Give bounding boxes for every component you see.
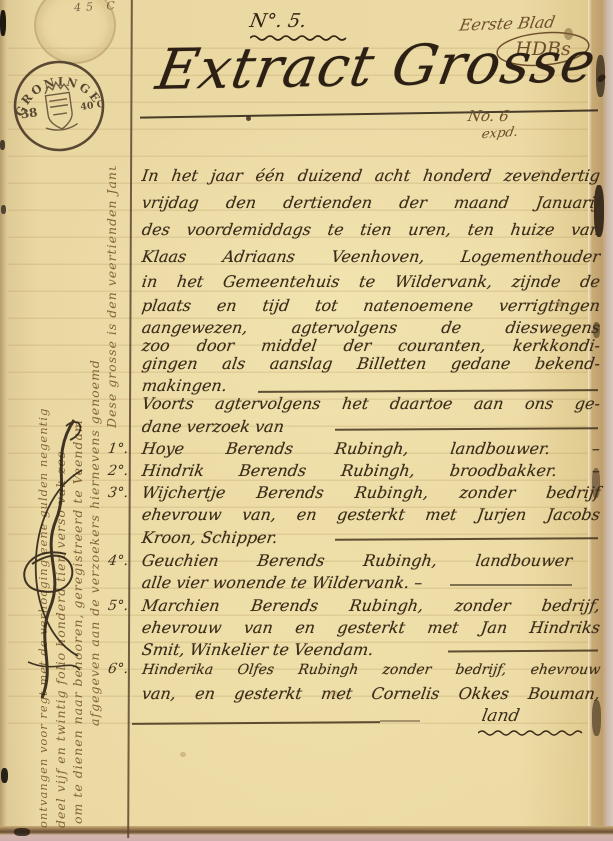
emboss-value-mark: 45 C: [74, 0, 121, 14]
body-line: Hindrik Berends Rubingh, broodbakker. –: [140, 461, 601, 485]
bottom-page-edge: [0, 826, 613, 841]
page-title: Extract Grosse.: [152, 30, 613, 103]
dash-filler: [450, 584, 572, 586]
ref-note: expd.: [480, 125, 519, 142]
binding-mark: [0, 10, 6, 36]
bottom-edge-mark: [14, 828, 30, 836]
stamp-left-value: 38: [20, 105, 38, 121]
body-line: van, en gesterkt met Cornelis Okkes Boum…: [140, 684, 601, 708]
body-line: Voorts agtervolgens het daartoe aan ons …: [140, 394, 601, 418]
margin-note-line: Dese grosse is den veertienden Januarij …: [104, 166, 119, 428]
closing-rule-faint: [380, 720, 420, 722]
body-line: Geuchien Berends Rubingh, landbouwer: [140, 551, 573, 575]
body-line: ehevrouw van en gesterkt met Jan Hindrik…: [140, 618, 601, 642]
binding-mark: [1, 205, 6, 214]
body-line: Hoye Berends Rubingh, landbouwer. –: [140, 439, 601, 463]
closing-rule: [132, 721, 380, 725]
item-number: 4°.: [107, 553, 135, 569]
body-line: ehevrouw van, en gesterkt met Jurjen Jac…: [140, 505, 601, 529]
scanned-document-page: 45 C GRONINGEN 38 40 C N°. 5. Eerste Bla…: [0, 0, 613, 841]
body-line: des voordemiddags te tien uren, ten huiz…: [140, 220, 601, 244]
margin-rule-line: [127, 0, 133, 838]
body-line: vrijdag den dertienden der maand Januari…: [140, 193, 601, 217]
ref-number: No. 6: [466, 107, 510, 125]
body-line: Hinderika Olfes Rubingh zonder bedrijf, …: [140, 662, 601, 686]
body-line: In het jaar één duizend acht honderd zev…: [140, 166, 601, 190]
item-number: 6°.: [107, 661, 135, 677]
revenue-stamp: GRONINGEN 38 40 C: [2, 49, 117, 162]
fox-stain: [180, 752, 186, 757]
catchword: land: [480, 706, 521, 726]
binding-mark: [1, 768, 8, 783]
doc-number: N°. 5.: [248, 10, 308, 32]
notary-signature-paraph: [10, 412, 94, 712]
body-line: gingen als aanslag Billetten gedane beke…: [140, 354, 601, 378]
body-line: Klaas Adriaans Veenhoven, Logementhouder: [140, 247, 601, 271]
binding-edge: [0, 0, 7, 841]
binding-mark: [0, 140, 5, 150]
body-line: Wijchertje Berends Rubingh, zonder bedri…: [140, 483, 601, 507]
body-line: Marchien Berends Rubingh, zonder bedrijf…: [140, 596, 601, 620]
item-number: 3°.: [107, 485, 135, 501]
item-number: 1°.: [107, 441, 135, 457]
title-underline: [140, 109, 598, 118]
catchword-underline-squiggle: [478, 728, 584, 738]
item-number: 5°.: [107, 598, 135, 614]
body-line: plaats en tijd tot natenoemene verrigtin…: [140, 296, 601, 320]
body-line: Smit, Winkelier te Veendam.: [140, 640, 601, 664]
item-number: 2°.: [107, 463, 135, 479]
body-line: in het Gemeentehuis te Wildervank, zijnd…: [140, 272, 601, 296]
